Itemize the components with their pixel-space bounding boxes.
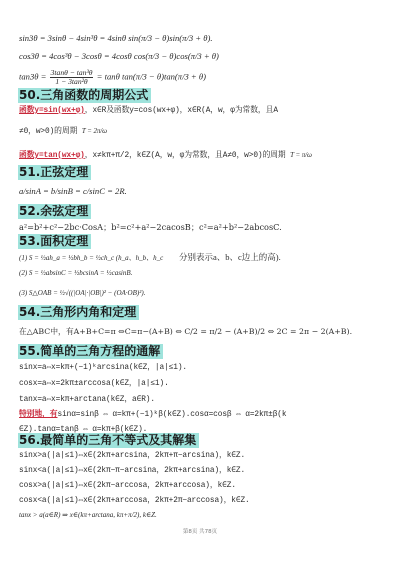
section-number: 53. bbox=[19, 234, 40, 248]
section-title: 简单的三角方程的通解 bbox=[40, 344, 160, 358]
trig-inequality-sin-lt: sinx<a(|a|≤1)⇔x∈(2kπ−π−arcsina，2kπ+arcsi… bbox=[19, 466, 245, 476]
section-title: 三角函数的周期公式 bbox=[40, 88, 148, 102]
document-page: sin3θ = 3sinθ − 4sin³θ = 4sinθ sin(π/3 −… bbox=[0, 0, 400, 565]
section-heading-53: 53.面积定理 bbox=[18, 234, 91, 249]
tan3-rhs: = tanθ tan(π/3 − θ)tan(π/3 + θ) bbox=[97, 71, 206, 81]
trig-inequality-cos-lt: cosx<a(|a|≤1)⇔x∈(2kπ+arccosa，2kπ+2π−arcc… bbox=[19, 496, 250, 506]
tan-triple-angle-formula: tan3θ = 3tanθ − tan³θ 1 − 3tan²θ = tanθ … bbox=[19, 69, 206, 86]
area-formula-1-note: 分别表示a、b、c边上的高). bbox=[179, 252, 281, 262]
trig-equation-special: 特别地，有sinα=sinβ ⇔ α=kπ+(−1)ᵏβ(k∈Z).cosα=c… bbox=[19, 410, 286, 420]
section-heading-50: 50.三角函数的周期公式 bbox=[18, 88, 151, 103]
section-heading-52: 52.余弦定理 bbox=[18, 204, 91, 219]
area-formula-1: (1) S = ½ah_a = ½bh_b = ½ch_c (h_a、h_b、h… bbox=[19, 252, 281, 263]
trig-equation-tan: tanx=a⇔x=kπ+arctana(k∈Z，a∈R). bbox=[19, 395, 155, 405]
section-number: 50. bbox=[19, 88, 40, 102]
section-title: 三角形内角和定理 bbox=[40, 305, 136, 319]
area-formula-1-math: (1) S = ½ah_a = ½bh_b = ½ch_c (h_a、h_b、h… bbox=[19, 254, 163, 262]
trig-inequality-tan: tanx > a(a∈R) ⇒ x∈(kπ+arctana, kπ+π/2), … bbox=[19, 510, 157, 520]
period-text: ，x∈R及函数y=cos(wx+φ)，x∈R(A，w，φ为常数，且A bbox=[85, 107, 278, 115]
period-formula: T = π/ω bbox=[290, 151, 312, 159]
function-highlight: 函数y=tan(wx+φ) bbox=[19, 152, 85, 160]
sine-law-formula: a/sinA = b/sinB = c/sinC = 2R. bbox=[19, 186, 127, 196]
section-title: 最简单的三角不等式及其解集 bbox=[40, 433, 196, 447]
section-heading-56: 56.最简单的三角不等式及其解集 bbox=[18, 433, 199, 448]
trig-inequality-sin-gt: sinx>a(|a|≤1)⇔x∈(2kπ+arcsina，2kπ+π−arcsi… bbox=[19, 451, 245, 461]
tan3-fraction: 3tanθ − tan³θ 1 − 3tan²θ bbox=[50, 69, 94, 86]
function-highlight: 函数y=sin(wx+φ) bbox=[19, 107, 85, 115]
section-number: 54. bbox=[19, 305, 40, 319]
area-formula-2: (2) S = ½absinC = ½bcsinA = ½casinB. bbox=[19, 268, 132, 278]
period-tan-line: 函数y=tan(wx+φ)，x≠kπ+π/2，k∈Z(A，w，φ为常数，且A≠0… bbox=[19, 150, 312, 161]
period-text: ，x≠kπ+π/2，k∈Z(A，w，φ为常数，且A≠0，w>0)的周期 bbox=[85, 152, 286, 160]
tan3-lhs: tan3θ = bbox=[19, 71, 46, 81]
cos-triple-angle-formula: cos3θ = 4cos³θ − 3cosθ = 4cosθ cos(π/3 −… bbox=[19, 51, 219, 61]
section-title: 正弦定理 bbox=[40, 165, 88, 179]
cosine-law-formula: a²=b²+c²−2bc·CosA；b²=c²+a²−2cacosB；c²=a²… bbox=[19, 222, 282, 232]
sin-triple-angle-formula: sin3θ = 3sinθ − 4sin³θ = 4sinθ sin(π/3 −… bbox=[19, 33, 212, 43]
period-sin-cos-line: 函数y=sin(wx+φ)，x∈R及函数y=cos(wx+φ)，x∈R(A，w，… bbox=[19, 106, 278, 116]
section-number: 51. bbox=[19, 165, 40, 179]
section-heading-55: 55.简单的三角方程的通解 bbox=[18, 344, 163, 359]
section-number: 55. bbox=[19, 344, 40, 358]
section-title: 余弦定理 bbox=[40, 204, 88, 218]
special-text: sinα=sinβ ⇔ α=kπ+(−1)ᵏβ(k∈Z).cosα=cosβ ⇔… bbox=[57, 411, 286, 419]
section-title: 面积定理 bbox=[40, 234, 88, 248]
period-condition-line: ≠0，w>0)的周期 T = 2π/ω bbox=[19, 126, 107, 137]
section-number: 52. bbox=[19, 204, 40, 218]
trig-inequality-cos-gt: cosx>a(|a|≤1)⇔x∈(2kπ−arccosa，2kπ+arccosa… bbox=[19, 481, 236, 491]
special-highlight: 特别地，有 bbox=[19, 411, 57, 419]
period-text: ≠0，w>0)的周期 bbox=[19, 128, 77, 136]
angle-sum-formula: 在△ABC中，有A+B+C=π ⇔C=π−(A+B) ⇔ C/2 = π/2 −… bbox=[19, 327, 352, 337]
section-heading-51: 51.正弦定理 bbox=[18, 165, 91, 180]
trig-equation-sin: sinx=a⇔x=kπ+(−1)ᵏarcsina(k∈Z，|a|≤1). bbox=[19, 363, 187, 373]
tan3-denominator: 1 − 3tan²θ bbox=[50, 78, 94, 86]
period-formula: T = 2π/ω bbox=[82, 127, 107, 135]
area-formula-3: (3) S△OAB = ½√((|OA|·|OB|)² − (OA·OB)²). bbox=[19, 288, 145, 298]
trig-equation-cos: cosx=a⇔x=2kπ±arccosa(k∈Z，|a|≤1). bbox=[19, 379, 169, 389]
section-heading-54: 54.三角形内角和定理 bbox=[18, 305, 139, 320]
section-number: 56. bbox=[19, 433, 40, 447]
page-footer: 第8页 共78页 bbox=[0, 527, 400, 535]
